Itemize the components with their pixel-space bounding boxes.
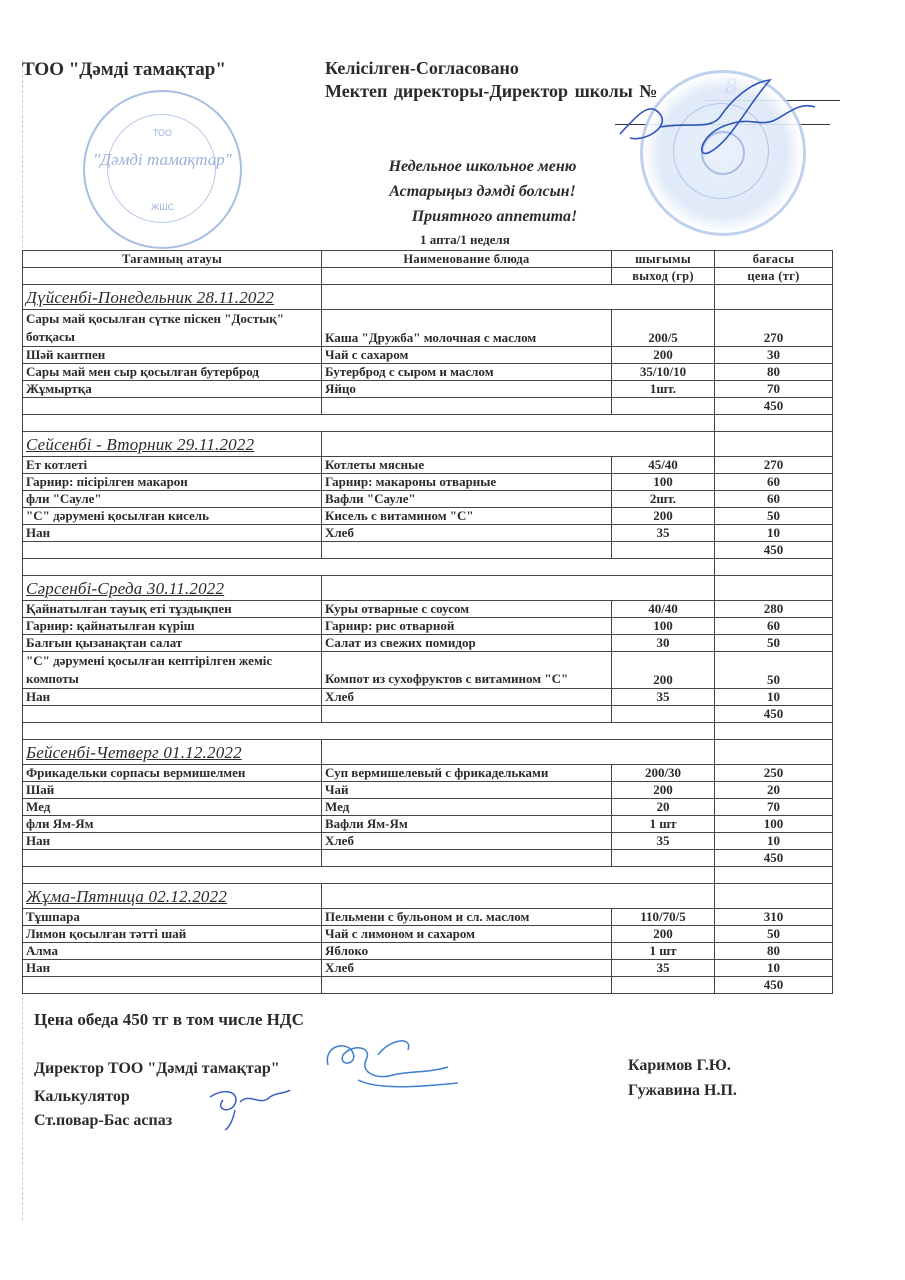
table-row: Гарнир: қайнатылған күрішГарнир: рис отв… [23, 618, 833, 635]
dish-name-kz: Нан [23, 833, 322, 850]
total-empty [23, 542, 322, 559]
spacer-cell [23, 415, 715, 432]
dish-yield: 100 [612, 474, 715, 491]
spacer-cell [23, 723, 715, 740]
day-title-empty [715, 432, 833, 457]
dish-yield: 100 [612, 618, 715, 635]
dish-name-ru: Хлеб [322, 525, 612, 542]
dish-yield: 2шт. [612, 491, 715, 508]
dish-name-ru: Кисель с витамином "С" [322, 508, 612, 525]
day-total-row: 450 [23, 850, 833, 867]
day-title-empty [715, 740, 833, 765]
dish-price: 60 [715, 474, 833, 491]
dish-name-ru: Чай [322, 782, 612, 799]
day-title-row: Дүйсенбі-Понедельник 28.11.2022 [23, 285, 833, 310]
subheader-empty [322, 268, 612, 285]
dish-name-kz: Гарнир: пісірілген макарон [23, 474, 322, 491]
signatory-role-calculator: Калькулятор [34, 1088, 130, 1106]
day-title-empty [322, 432, 715, 457]
company-director-signature [318, 1035, 468, 1095]
spacer-cell [23, 559, 715, 576]
dish-name-ru: Суп вермишелевый с фрикадельками [322, 765, 612, 782]
week-label: 1 апта/1 неделя [420, 232, 510, 248]
spacer-cell [715, 867, 833, 884]
dish-yield: 40/40 [612, 601, 715, 618]
dish-price: 10 [715, 960, 833, 977]
spacer-row [23, 559, 833, 576]
dish-price: 10 [715, 833, 833, 850]
day-total-row: 450 [23, 977, 833, 994]
day-title-row: Бейсенбі-Четверг 01.12.2022 [23, 740, 833, 765]
dish-name-ru: Яблоко [322, 943, 612, 960]
day-title-empty [322, 740, 715, 765]
dish-yield: 200 [612, 508, 715, 525]
table-row: АлмаЯблоко1 шт80 [23, 943, 833, 960]
dish-name-ru: Котлеты мясные [322, 457, 612, 474]
header-price-ru: цена (тг) [715, 268, 833, 285]
signatory-role-head-cook: Ст.повар-Бас аспаз [34, 1112, 172, 1130]
dish-name-kz: Сары май қосылған сүтке піскен "Достық" … [23, 310, 322, 347]
spacer-row [23, 415, 833, 432]
dish-name-ru: Хлеб [322, 689, 612, 706]
table-row: "С" дәрумені қосылған кисельКисель с вит… [23, 508, 833, 525]
dish-price: 250 [715, 765, 833, 782]
calculator-signature [205, 1082, 295, 1132]
table-row: Шәй кантпенЧай с сахаром20030 [23, 347, 833, 364]
header-yield-ru: выход (гр) [612, 268, 715, 285]
dish-name-kz: Балғын қызанақтан салат [23, 635, 322, 652]
dish-name-kz: Нан [23, 525, 322, 542]
total-empty [322, 398, 612, 415]
dish-yield: 35/10/10 [612, 364, 715, 381]
organization-title: ТОО "Дәмді тамақтар" [22, 59, 226, 81]
price-note: Цена обеда 450 тг в том числе НДС [34, 1010, 304, 1030]
day-title: Дүйсенбі-Понедельник 28.11.2022 [23, 285, 322, 310]
day-title-row: Сәрсенбі-Среда 30.11.2022 [23, 576, 833, 601]
spacer-cell [715, 559, 833, 576]
dish-yield: 35 [612, 833, 715, 850]
dish-name-kz: фли "Сауле" [23, 491, 322, 508]
day-total-price: 450 [715, 706, 833, 723]
day-title: Сәрсенбі-Среда 30.11.2022 [23, 576, 322, 601]
dish-price: 80 [715, 943, 833, 960]
day-title-empty [322, 884, 715, 909]
dish-name-ru: Хлеб [322, 833, 612, 850]
dish-name-kz: "С" дәрумені қосылған кисель [23, 508, 322, 525]
dish-name-kz: Шай [23, 782, 322, 799]
dish-name-kz: Шәй кантпен [23, 347, 322, 364]
total-empty [612, 542, 715, 559]
director-signature [600, 72, 840, 162]
dish-price: 50 [715, 652, 833, 689]
dish-yield: 35 [612, 960, 715, 977]
table-row: НанХлеб3510 [23, 960, 833, 977]
header-price-kz: бағасы [715, 251, 833, 268]
table-row: Қайнатылған тауық еті тұздықпенКуры отва… [23, 601, 833, 618]
dish-name-ru: Мед [322, 799, 612, 816]
dish-price: 100 [715, 816, 833, 833]
dish-price: 270 [715, 310, 833, 347]
dish-name-kz: Нан [23, 960, 322, 977]
dish-name-kz: Лимон қосылған тәтті шай [23, 926, 322, 943]
total-empty [612, 706, 715, 723]
dish-name-kz: Сары май мен сыр қосылған бутерброд [23, 364, 322, 381]
signatory-name-director: Каримов Г.Ю. [628, 1057, 731, 1075]
dish-name-ru: Салат из свежих помидор [322, 635, 612, 652]
dish-yield: 200 [612, 652, 715, 689]
dish-name-ru: Вафли Ям-Ям [322, 816, 612, 833]
header-name-kz: Тағамның атауы [23, 251, 322, 268]
dish-price: 80 [715, 364, 833, 381]
table-row: НанХлеб3510 [23, 689, 833, 706]
dish-name-ru: Куры отварные с соусом [322, 601, 612, 618]
table-row: НанХлеб3510 [23, 833, 833, 850]
day-title-empty [715, 576, 833, 601]
day-title: Жұма-Пятница 02.12.2022 [23, 884, 322, 909]
dish-name-ru: Каша "Дружба" молочная с маслом [322, 310, 612, 347]
table-row: Гарнир: пісірілген макаронГарнир: макаро… [23, 474, 833, 491]
dish-name-ru: Гарнир: рис отварной [322, 618, 612, 635]
table-row: МедМед2070 [23, 799, 833, 816]
dish-name-kz: Гарнир: қайнатылған күріш [23, 618, 322, 635]
day-total-price: 450 [715, 850, 833, 867]
dish-yield: 20 [612, 799, 715, 816]
dish-name-kz: Қайнатылған тауық еті тұздықпен [23, 601, 322, 618]
table-header-row: Тағамның атауы Наименование блюда шығымы… [23, 251, 833, 268]
dish-yield: 200 [612, 782, 715, 799]
table-row: ШайЧай20020 [23, 782, 833, 799]
dish-yield: 200 [612, 347, 715, 364]
total-empty [322, 977, 612, 994]
menu-greeting-ru: Приятного аппетита! [42, 208, 905, 226]
day-title-row: Сейсенбі - Вторник 29.11.2022 [23, 432, 833, 457]
day-total-row: 450 [23, 706, 833, 723]
spacer-row [23, 723, 833, 740]
spacer-cell [715, 415, 833, 432]
day-title-empty [322, 576, 715, 601]
dish-price: 50 [715, 926, 833, 943]
dish-price: 60 [715, 618, 833, 635]
table-row: Сары май қосылған сүтке піскен "Достық" … [23, 310, 833, 347]
table-row: ЖұмыртқаЯйцо1шт.70 [23, 381, 833, 398]
menu-greeting-kz: Астарыңыз дәмді болсын! [30, 183, 905, 201]
table-row: НанХлеб3510 [23, 525, 833, 542]
dish-yield: 110/70/5 [612, 909, 715, 926]
dish-name-ru: Чай с лимоном и сахаром [322, 926, 612, 943]
table-row: Лимон қосылған тәтті шайЧай с лимоном и … [23, 926, 833, 943]
menu-title: Недельное школьное меню [30, 158, 905, 176]
dish-yield: 1шт. [612, 381, 715, 398]
spacer-cell [715, 723, 833, 740]
day-title-row: Жұма-Пятница 02.12.2022 [23, 884, 833, 909]
signatory-role-director: Директор ТОО "Дәмді тамақтар" [34, 1060, 280, 1078]
dish-yield: 1 шт [612, 943, 715, 960]
table-row: Сары май мен сыр қосылған бутербродБутер… [23, 364, 833, 381]
dish-price: 270 [715, 457, 833, 474]
header-name-ru: Наименование блюда [322, 251, 612, 268]
spacer-row [23, 867, 833, 884]
day-total-row: 450 [23, 398, 833, 415]
total-empty [322, 706, 612, 723]
dish-yield: 35 [612, 525, 715, 542]
dish-price: 70 [715, 799, 833, 816]
dish-name-ru: Пельмени с бульоном и сл. маслом [322, 909, 612, 926]
table-row: "С" дәрумені қосылған кептірілген жеміс … [23, 652, 833, 689]
dish-name-kz: Жұмыртқа [23, 381, 322, 398]
spacer-cell [23, 867, 715, 884]
dish-name-kz: Алма [23, 943, 322, 960]
dish-name-kz: Мед [23, 799, 322, 816]
dish-name-ru: Яйцо [322, 381, 612, 398]
day-title: Бейсенбі-Четверг 01.12.2022 [23, 740, 322, 765]
day-title: Сейсенбі - Вторник 29.11.2022 [23, 432, 322, 457]
dish-price: 50 [715, 508, 833, 525]
header-yield-kz: шығымы [612, 251, 715, 268]
total-empty [23, 977, 322, 994]
dish-price: 280 [715, 601, 833, 618]
day-total-price: 450 [715, 398, 833, 415]
dish-name-kz: фли Ям-Ям [23, 816, 322, 833]
dish-name-ru: Вафли "Сауле" [322, 491, 612, 508]
dish-price: 30 [715, 347, 833, 364]
table-row: Фрикадельки сорпасы вермишелменСуп верми… [23, 765, 833, 782]
dish-yield: 30 [612, 635, 715, 652]
day-total-row: 450 [23, 542, 833, 559]
table-row: Балғын қызанақтан салатСалат из свежих п… [23, 635, 833, 652]
dish-name-ru: Хлеб [322, 960, 612, 977]
dish-price: 70 [715, 381, 833, 398]
company-stamp-top-text: ТОО [85, 128, 240, 138]
dish-yield: 1 шт [612, 816, 715, 833]
day-total-price: 450 [715, 977, 833, 994]
dish-yield: 45/40 [612, 457, 715, 474]
day-title-empty [715, 285, 833, 310]
total-empty [322, 542, 612, 559]
total-empty [612, 850, 715, 867]
dish-name-kz: Ет котлеті [23, 457, 322, 474]
total-empty [23, 706, 322, 723]
table-subheader-row: выход (гр) цена (тг) [23, 268, 833, 285]
dish-price: 60 [715, 491, 833, 508]
total-empty [322, 850, 612, 867]
approval-heading: Келісілген-Согласовано [325, 58, 519, 79]
dish-name-ru: Гарнир: макароны отварные [322, 474, 612, 491]
dish-yield: 200/5 [612, 310, 715, 347]
dish-name-kz: Фрикадельки сорпасы вермишелмен [23, 765, 322, 782]
dish-price: 10 [715, 689, 833, 706]
table-row: фли Ям-ЯмВафли Ям-Ям1 шт100 [23, 816, 833, 833]
dish-price: 20 [715, 782, 833, 799]
dish-name-ru: Компот из сухофруктов с витамином "С" [322, 652, 612, 689]
dish-yield: 35 [612, 689, 715, 706]
table-row: ТұшпараПельмени с бульоном и сл. маслом1… [23, 909, 833, 926]
total-empty [23, 398, 322, 415]
subheader-empty [23, 268, 322, 285]
table-row: Ет котлетіКотлеты мясные45/40270 [23, 457, 833, 474]
dish-price: 310 [715, 909, 833, 926]
total-empty [612, 977, 715, 994]
day-title-empty [322, 285, 715, 310]
total-empty [612, 398, 715, 415]
dish-yield: 200 [612, 926, 715, 943]
dish-yield: 200/30 [612, 765, 715, 782]
dish-name-kz: "С" дәрумені қосылған кептірілген жеміс … [23, 652, 322, 689]
dish-price: 50 [715, 635, 833, 652]
dish-price: 10 [715, 525, 833, 542]
total-empty [23, 850, 322, 867]
dish-name-ru: Чай с сахаром [322, 347, 612, 364]
table-row: фли "Сауле"Вафли "Сауле"2шт.60 [23, 491, 833, 508]
day-title-empty [715, 884, 833, 909]
day-total-price: 450 [715, 542, 833, 559]
dish-name-ru: Бутерброд с сыром и маслом [322, 364, 612, 381]
dish-name-kz: Нан [23, 689, 322, 706]
menu-table: Тағамның атауы Наименование блюда шығымы… [22, 250, 833, 994]
signatory-name-calculator: Гужавина Н.П. [628, 1082, 737, 1100]
dish-name-kz: Тұшпара [23, 909, 322, 926]
